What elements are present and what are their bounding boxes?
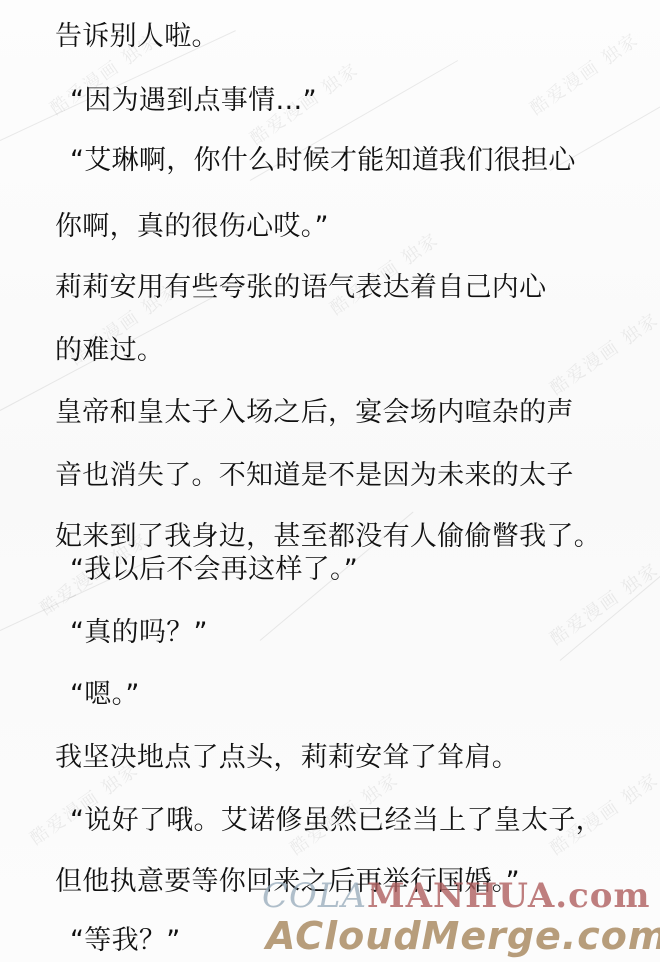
text-line: “我以后不会再这样了。”: [70, 554, 358, 586]
text-line: 你啊，真的很伤心哎。”: [55, 211, 329, 243]
text-line: “嗯。”: [70, 679, 140, 711]
text-line: 的难过。: [55, 335, 164, 367]
text-line: “因为遇到点事情…”: [70, 85, 317, 117]
text-line: 莉莉安用有些夸张的语气表达着自己内心: [55, 272, 546, 304]
text-line: 皇帝和皇太子入场之后，宴会场内喧杂的声: [55, 397, 574, 429]
text-line: “等我？”: [70, 925, 180, 957]
background-watermark: 酷爱漫画 独家: [544, 556, 660, 651]
text-line: 告诉别人啦。: [55, 21, 219, 53]
text-line: 妃来到了我身边，甚至都没有人偷偷瞥我了。: [55, 521, 601, 553]
text-line: “艾琳啊，你什么时候才能知道我们很担心: [70, 145, 576, 177]
watermark-manhua-text: MANHUA.com: [367, 876, 650, 916]
page: 酷爱漫画 独家 酷爱漫画 独家 酷爱漫画 独家 酷爱漫画 独家 酷爱漫画 独家 …: [0, 0, 660, 962]
text-line: 音也消失了。不知道是不是因为未来的太子: [55, 460, 574, 492]
text-line: 我坚决地点了点头，莉莉安耸了耸肩。: [55, 742, 519, 774]
text-line: “说好了哦。艾诺修虽然已经当上了皇太子，: [70, 805, 603, 837]
site-watermark-acloudmerge: ACloudMerge.com: [266, 914, 660, 958]
watermark-cola-text: COLA: [262, 876, 367, 916]
background-watermark: 酷爱漫画 独家: [544, 306, 660, 401]
site-watermark-colamanhua: COLAMANHUA.com: [262, 876, 650, 916]
background-watermark: 酷爱漫画 独家: [524, 26, 644, 121]
text-line: “真的吗？”: [70, 617, 208, 649]
